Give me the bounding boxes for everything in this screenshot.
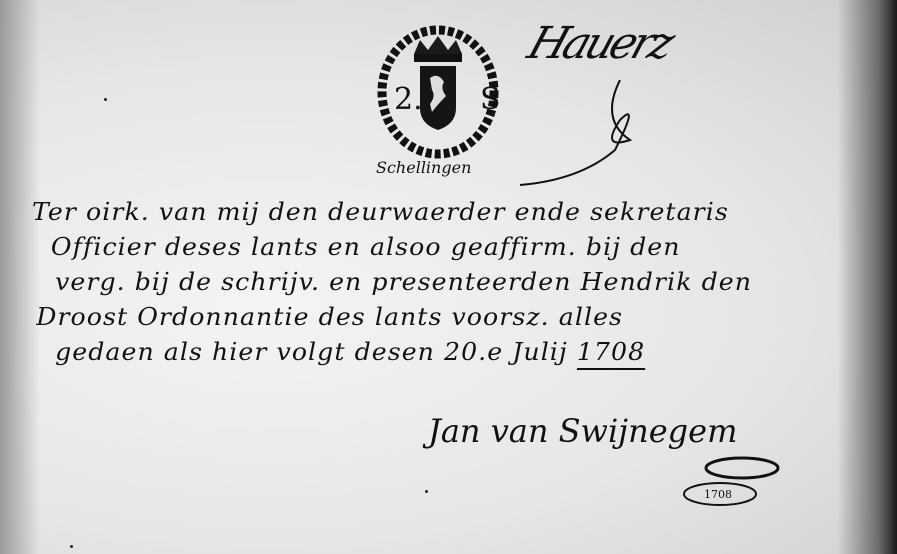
body-line: Droost Ordonnantie des lants voorsz. all… <box>32 303 897 338</box>
ink-speck <box>70 545 73 548</box>
ink-speck <box>104 98 107 101</box>
crown-icon <box>414 36 462 62</box>
stamp-value: 2. <box>394 82 423 117</box>
stamp-subscript: Schellingen <box>376 158 471 177</box>
body-line: verg. bij de schrijv. en presenteerden H… <box>32 268 897 303</box>
signature-paraph-icon <box>680 450 780 510</box>
stamp-letter: S <box>480 82 501 117</box>
tax-stamp: 2. S Schellingen <box>374 12 502 162</box>
ink-speck <box>425 490 428 493</box>
body-line: Officier deses lants en alsoo geaffirm. … <box>32 233 897 268</box>
document-page: 2. S Schellingen Hauerz Ter oirk. van mi… <box>0 0 897 554</box>
body-line-text: gedaen als hier volgt desen 20.e Julij <box>55 338 568 366</box>
body-line: gedaen als hier volgt desen 20.e Julij 1… <box>32 338 897 373</box>
date-year: 1708 <box>577 338 645 370</box>
document-body: Ter oirk. van mij den deurwaerder ende s… <box>32 198 882 373</box>
signature: Jan van Swijnegem <box>428 412 737 450</box>
lion-shield-icon <box>420 66 456 130</box>
paraph-year: 1708 <box>704 488 732 501</box>
top-flourish-signature: Hauerz <box>522 18 678 69</box>
flourish-tail-icon <box>520 80 660 190</box>
body-line: Ter oirk. van mij den deurwaerder ende s… <box>32 198 897 233</box>
